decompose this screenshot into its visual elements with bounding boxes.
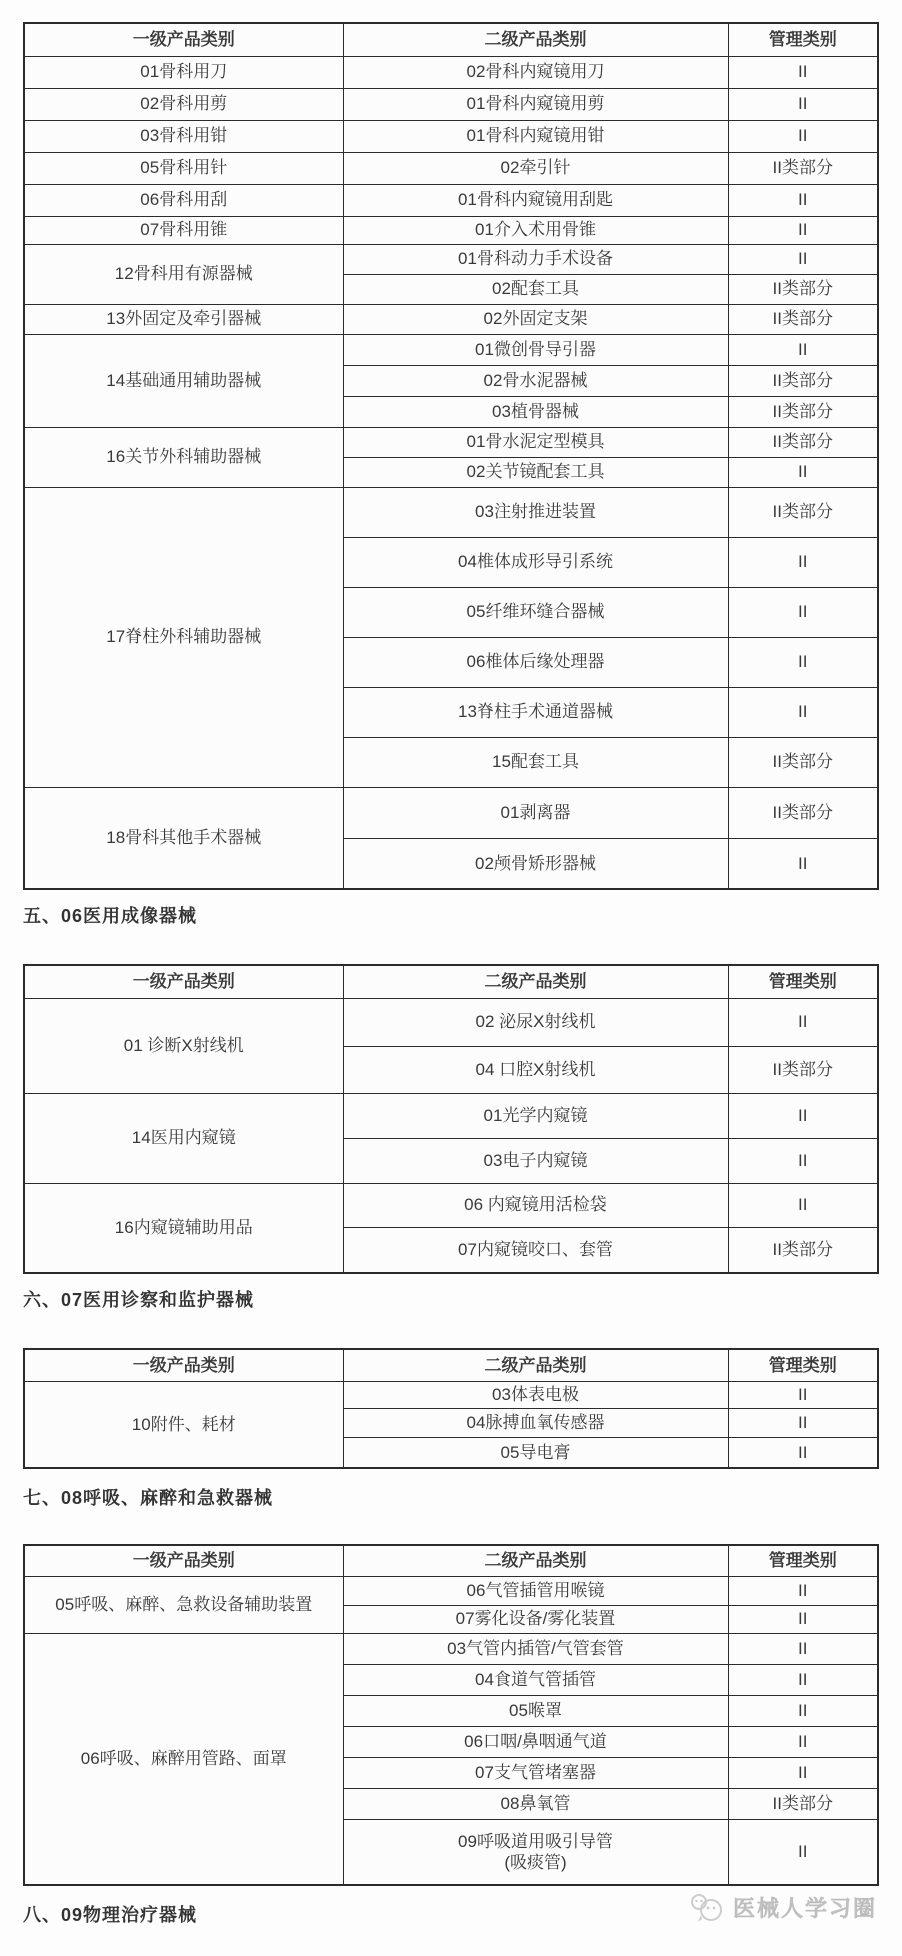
header-row: 一级产品类别二级产品类别管理类别	[24, 965, 878, 998]
category-cell: 18骨科其他手术器械	[24, 787, 343, 889]
management-class-cell: II	[728, 1576, 878, 1605]
subcategory-cell: 05导电膏	[343, 1437, 728, 1468]
subcategory-cell: 03体表电极	[343, 1381, 728, 1408]
management-class-cell: II	[728, 1726, 878, 1757]
category-cell: 02骨科用剪	[24, 88, 343, 120]
management-class-cell: II类部分	[728, 787, 878, 838]
subcategory-cell: 01骨科内窥镜用剪	[343, 88, 728, 120]
table-row: 05呼吸、麻醉、急救设备辅助装置06气管插管用喉镜II	[24, 1576, 878, 1605]
category-cell: 10附件、耗材	[24, 1381, 343, 1468]
management-class-cell: II	[728, 1695, 878, 1726]
section-heading-physiotherapy: 八、09物理治疗器械	[23, 1905, 197, 1926]
subcategory-cell: 07内窥镜咬口、套管	[343, 1227, 728, 1273]
category-cell: 14医用内窥镜	[24, 1093, 343, 1183]
table-row: 05骨科用针02牵引针II类部分	[24, 152, 878, 184]
management-class-cell: II	[728, 587, 878, 637]
category-cell: 17脊柱外科辅助器械	[24, 487, 343, 787]
column-header: 一级产品类别	[24, 1349, 343, 1381]
management-class-cell: II	[728, 1605, 878, 1633]
management-class-cell: II类部分	[728, 1046, 878, 1093]
management-class-cell: II类部分	[728, 487, 878, 537]
category-cell: 01骨科用刀	[24, 56, 343, 88]
category-cell: 16内窥镜辅助用品	[24, 1183, 343, 1273]
subcategory-cell: 02外固定支架	[343, 304, 728, 334]
diagnosis-monitoring-devices-table: 一级产品类别二级产品类别管理类别10附件、耗材03体表电极II04脉搏血氧传感器…	[23, 1348, 879, 1469]
subcategory-cell: 02颅骨矫形器械	[343, 838, 728, 889]
management-class-cell: II	[728, 457, 878, 487]
management-class-cell: II	[728, 1408, 878, 1437]
footer-row: 八、09物理治疗器械 医械人学习圈	[23, 1886, 877, 1926]
management-class-cell: II类部分	[728, 427, 878, 457]
subcategory-cell: 03注射推进装置	[343, 487, 728, 537]
table-row: 06骨科用刮01骨科内窥镜用刮匙II	[24, 184, 878, 216]
management-class-cell: II	[728, 1757, 878, 1788]
subcategory-cell: 02配套工具	[343, 274, 728, 304]
subcategory-cell: 06气管插管用喉镜	[343, 1576, 728, 1605]
section-heading-respiratory-anesthesia: 七、08呼吸、麻醉和急救器械	[23, 1488, 877, 1509]
table-row: 06呼吸、麻醉用管路、面罩03气管内插管/气管套管II	[24, 1633, 878, 1664]
management-class-cell: II	[728, 1664, 878, 1695]
subcategory-cell: 02牵引针	[343, 152, 728, 184]
table-row: 07骨科用锥01介入术用骨锥II	[24, 216, 878, 244]
table-row: 01骨科用刀02骨科内窥镜用刀II	[24, 56, 878, 88]
column-header: 管理类别	[728, 1349, 878, 1381]
management-class-cell: II类部分	[728, 737, 878, 787]
table-row: 16关节外科辅助器械01骨水泥定型模具II类部分	[24, 427, 878, 457]
category-cell: 12骨科用有源器械	[24, 244, 343, 304]
category-cell: 16关节外科辅助器械	[24, 427, 343, 487]
subcategory-cell: 01骨科内窥镜用刮匙	[343, 184, 728, 216]
management-class-cell: II类部分	[728, 396, 878, 427]
management-class-cell: II类部分	[728, 152, 878, 184]
management-class-cell: II类部分	[728, 1788, 878, 1819]
management-class-cell: II	[728, 1381, 878, 1408]
column-header: 管理类别	[728, 1545, 878, 1576]
subcategory-cell: 04脉搏血氧传感器	[343, 1408, 728, 1437]
column-header: 二级产品类别	[343, 1545, 728, 1576]
column-header: 管理类别	[728, 23, 878, 56]
management-class-cell: II	[728, 244, 878, 274]
management-class-cell: II	[728, 120, 878, 152]
category-cell: 06呼吸、麻醉用管路、面罩	[24, 1633, 343, 1885]
table-row: 02骨科用剪01骨科内窥镜用剪II	[24, 88, 878, 120]
subcategory-cell: 07雾化设备/雾化装置	[343, 1605, 728, 1633]
section-heading-medical-imaging: 五、06医用成像器械	[23, 906, 877, 927]
orthopedic-surgical-instruments-table: 一级产品类别二级产品类别管理类别01骨科用刀02骨科内窥镜用刀II02骨科用剪0…	[23, 22, 879, 890]
management-class-cell: II	[728, 88, 878, 120]
subcategory-cell: 02骨水泥器械	[343, 365, 728, 396]
table-row: 03骨科用钳01骨科内窥镜用钳II	[24, 120, 878, 152]
table-row: 14基础通用辅助器械01微创骨导引器II	[24, 334, 878, 365]
subcategory-cell: 06口咽/鼻咽通气道	[343, 1726, 728, 1757]
category-cell: 06骨科用刮	[24, 184, 343, 216]
category-cell: 05骨科用针	[24, 152, 343, 184]
column-header: 一级产品类别	[24, 965, 343, 998]
subcategory-cell: 04 口腔X射线机	[343, 1046, 728, 1093]
management-class-cell: II	[728, 1093, 878, 1138]
column-header: 一级产品类别	[24, 23, 343, 56]
subcategory-cell: 09呼吸道用吸引导管 (吸痰管)	[343, 1819, 728, 1885]
management-class-cell: II	[728, 334, 878, 365]
subcategory-cell: 01骨水泥定型模具	[343, 427, 728, 457]
management-class-cell: II	[728, 838, 878, 889]
table-row: 17脊柱外科辅助器械03注射推进装置II类部分	[24, 487, 878, 537]
subcategory-cell: 08鼻氧管	[343, 1788, 728, 1819]
table-row: 16内窥镜辅助用品06 内窥镜用活检袋II	[24, 1183, 878, 1227]
subcategory-cell: 01骨科内窥镜用钳	[343, 120, 728, 152]
header-row: 一级产品类别二级产品类别管理类别	[24, 1545, 878, 1576]
category-cell: 05呼吸、麻醉、急救设备辅助装置	[24, 1576, 343, 1633]
management-class-cell: II	[728, 687, 878, 737]
subcategory-cell: 01介入术用骨锥	[343, 216, 728, 244]
management-class-cell: II	[728, 1819, 878, 1885]
column-header: 二级产品类别	[343, 23, 728, 56]
management-class-cell: II	[728, 216, 878, 244]
subcategory-cell: 01骨科动力手术设备	[343, 244, 728, 274]
subcategory-cell: 04食道气管插管	[343, 1664, 728, 1695]
chat-bubbles-mascot-icon	[689, 1893, 727, 1923]
subcategory-cell: 02关节镜配套工具	[343, 457, 728, 487]
table-row: 13外固定及牵引器械02外固定支架II类部分	[24, 304, 878, 334]
medical-imaging-devices-table: 一级产品类别二级产品类别管理类别01 诊断X射线机02 泌尿X射线机II04 口…	[23, 964, 879, 1274]
management-class-cell: II	[728, 998, 878, 1046]
table-row: 12骨科用有源器械01骨科动力手术设备II	[24, 244, 878, 274]
subcategory-cell: 03电子内窥镜	[343, 1138, 728, 1183]
management-class-cell: II类部分	[728, 1227, 878, 1273]
watermark-text: 医械人学习圈	[733, 1892, 877, 1923]
management-class-cell: II	[728, 56, 878, 88]
subcategory-cell: 06椎体后缘处理器	[343, 637, 728, 687]
category-cell: 14基础通用辅助器械	[24, 334, 343, 427]
header-row: 一级产品类别二级产品类别管理类别	[24, 23, 878, 56]
section-heading-diagnosis-monitoring: 六、07医用诊察和监护器械	[23, 1290, 877, 1311]
subcategory-cell: 13脊柱手术通道器械	[343, 687, 728, 737]
subcategory-cell: 04椎体成形导引系统	[343, 537, 728, 587]
subcategory-cell: 01微创骨导引器	[343, 334, 728, 365]
category-cell: 03骨科用钳	[24, 120, 343, 152]
subcategory-cell: 02 泌尿X射线机	[343, 998, 728, 1046]
management-class-cell: II	[728, 1138, 878, 1183]
category-cell: 07骨科用锥	[24, 216, 343, 244]
document-page: 一级产品类别二级产品类别管理类别01骨科用刀02骨科内窥镜用刀II02骨科用剪0…	[0, 0, 902, 1956]
category-cell: 13外固定及牵引器械	[24, 304, 343, 334]
respiratory-anesthesia-devices-table: 一级产品类别二级产品类别管理类别05呼吸、麻醉、急救设备辅助装置06气管插管用喉…	[23, 1544, 879, 1886]
management-class-cell: II类部分	[728, 274, 878, 304]
subcategory-cell: 15配套工具	[343, 737, 728, 787]
management-class-cell: II类部分	[728, 304, 878, 334]
subcategory-cell: 01剥离器	[343, 787, 728, 838]
subcategory-cell: 03气管内插管/气管套管	[343, 1633, 728, 1664]
management-class-cell: II类部分	[728, 365, 878, 396]
subcategory-cell: 02骨科内窥镜用刀	[343, 56, 728, 88]
management-class-cell: II	[728, 1633, 878, 1664]
subcategory-cell: 05喉罩	[343, 1695, 728, 1726]
table-row: 10附件、耗材03体表电极II	[24, 1381, 878, 1408]
subcategory-cell: 03植骨器械	[343, 396, 728, 427]
management-class-cell: II	[728, 1437, 878, 1468]
column-header: 一级产品类别	[24, 1545, 343, 1576]
category-cell: 01 诊断X射线机	[24, 998, 343, 1093]
table-row: 14医用内窥镜01光学内窥镜II	[24, 1093, 878, 1138]
table-row: 18骨科其他手术器械01剥离器II类部分	[24, 787, 878, 838]
column-header: 二级产品类别	[343, 1349, 728, 1381]
watermark: 医械人学习圈	[689, 1892, 877, 1923]
management-class-cell: II	[728, 1183, 878, 1227]
column-header: 二级产品类别	[343, 965, 728, 998]
header-row: 一级产品类别二级产品类别管理类别	[24, 1349, 878, 1381]
subcategory-cell: 05纤维环缝合器械	[343, 587, 728, 637]
column-header: 管理类别	[728, 965, 878, 998]
subcategory-cell: 07支气管堵塞器	[343, 1757, 728, 1788]
management-class-cell: II	[728, 184, 878, 216]
table-row: 01 诊断X射线机02 泌尿X射线机II	[24, 998, 878, 1046]
management-class-cell: II	[728, 637, 878, 687]
subcategory-cell: 01光学内窥镜	[343, 1093, 728, 1138]
subcategory-cell: 06 内窥镜用活检袋	[343, 1183, 728, 1227]
management-class-cell: II	[728, 537, 878, 587]
